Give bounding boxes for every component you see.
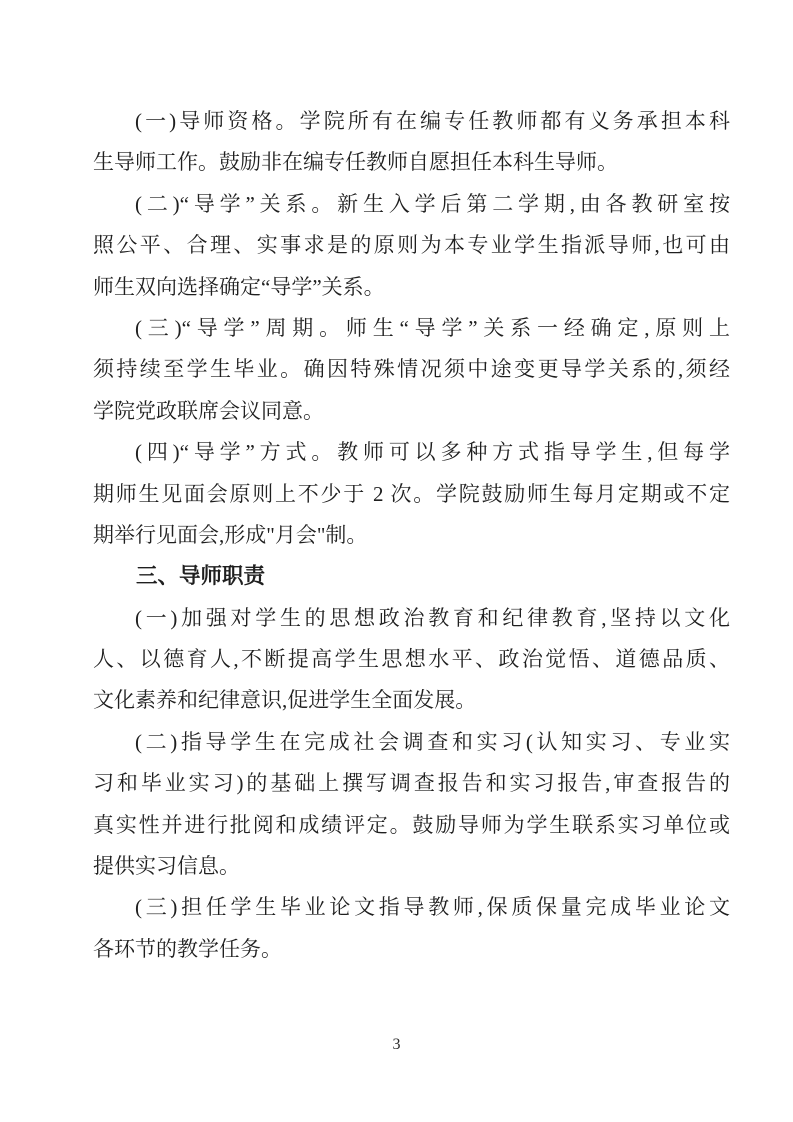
paragraph-line: 人、以德育人,不断提高学生思想水平、政治觉悟、道德品质、 bbox=[93, 639, 730, 680]
paragraph-line: (三)担任学生毕业论文指导教师,保质保量完成毕业论文 bbox=[93, 887, 730, 928]
paragraph-line: (一)导师资格。学院所有在编专任教师都有义务承担本科 bbox=[93, 101, 730, 142]
paragraph-line: (一)加强对学生的思想政治教育和纪律教育,坚持以文化 bbox=[93, 598, 730, 639]
paragraph-line: (二)“导学”关系。新生入学后第二学期,由各教研室按 bbox=[93, 184, 730, 225]
paragraph-line: 习和毕业实习)的基础上撰写调查报告和实习报告,审查报告的 bbox=[93, 763, 730, 804]
paragraph-line: (二)指导学生在完成社会调查和实习(认知实习、专业实 bbox=[93, 722, 730, 763]
paragraph-line: 照公平、合理、实事求是的原则为本专业学生指派导师,也可由 bbox=[93, 225, 730, 266]
document-page: (一)导师资格。学院所有在编专任教师都有义务承担本科 生导师工作。鼓励非在编专任… bbox=[0, 0, 793, 1122]
paragraph-line: 提供实习信息。 bbox=[93, 846, 730, 887]
paragraph-line: 文化素养和纪律意识,促进学生全面发展。 bbox=[93, 680, 730, 721]
paragraph-line: (三)“导学”周期。师生“导学”关系一经确定,原则上 bbox=[93, 308, 730, 349]
paragraph-line: 须持续至学生毕业。确因特殊情况须中途变更导学关系的,须经 bbox=[93, 349, 730, 390]
paragraph-line: 生导师工作。鼓励非在编专任教师自愿担任本科生导师。 bbox=[93, 142, 730, 183]
paragraph-line: 师生双向选择确定“导学”关系。 bbox=[93, 267, 730, 308]
paragraph-line: 各环节的教学任务。 bbox=[93, 929, 730, 970]
paragraph-line: 期举行见面会,形成"月会"制。 bbox=[93, 515, 730, 556]
paragraph-line: 学院党政联席会议同意。 bbox=[93, 391, 730, 432]
section-heading: 三、导师职责 bbox=[93, 556, 730, 597]
document-body: (一)导师资格。学院所有在编专任教师都有义务承担本科 生导师工作。鼓励非在编专任… bbox=[93, 101, 730, 970]
page-number: 3 bbox=[0, 1034, 793, 1056]
paragraph-line: (四)“导学”方式。教师可以多种方式指导学生,但每学 bbox=[93, 432, 730, 473]
paragraph-line: 期师生见面会原则上不少于 2 次。学院鼓励师生每月定期或不定 bbox=[93, 474, 730, 515]
paragraph-line: 真实性并进行批阅和成绩评定。鼓励导师为学生联系实习单位或 bbox=[93, 805, 730, 846]
